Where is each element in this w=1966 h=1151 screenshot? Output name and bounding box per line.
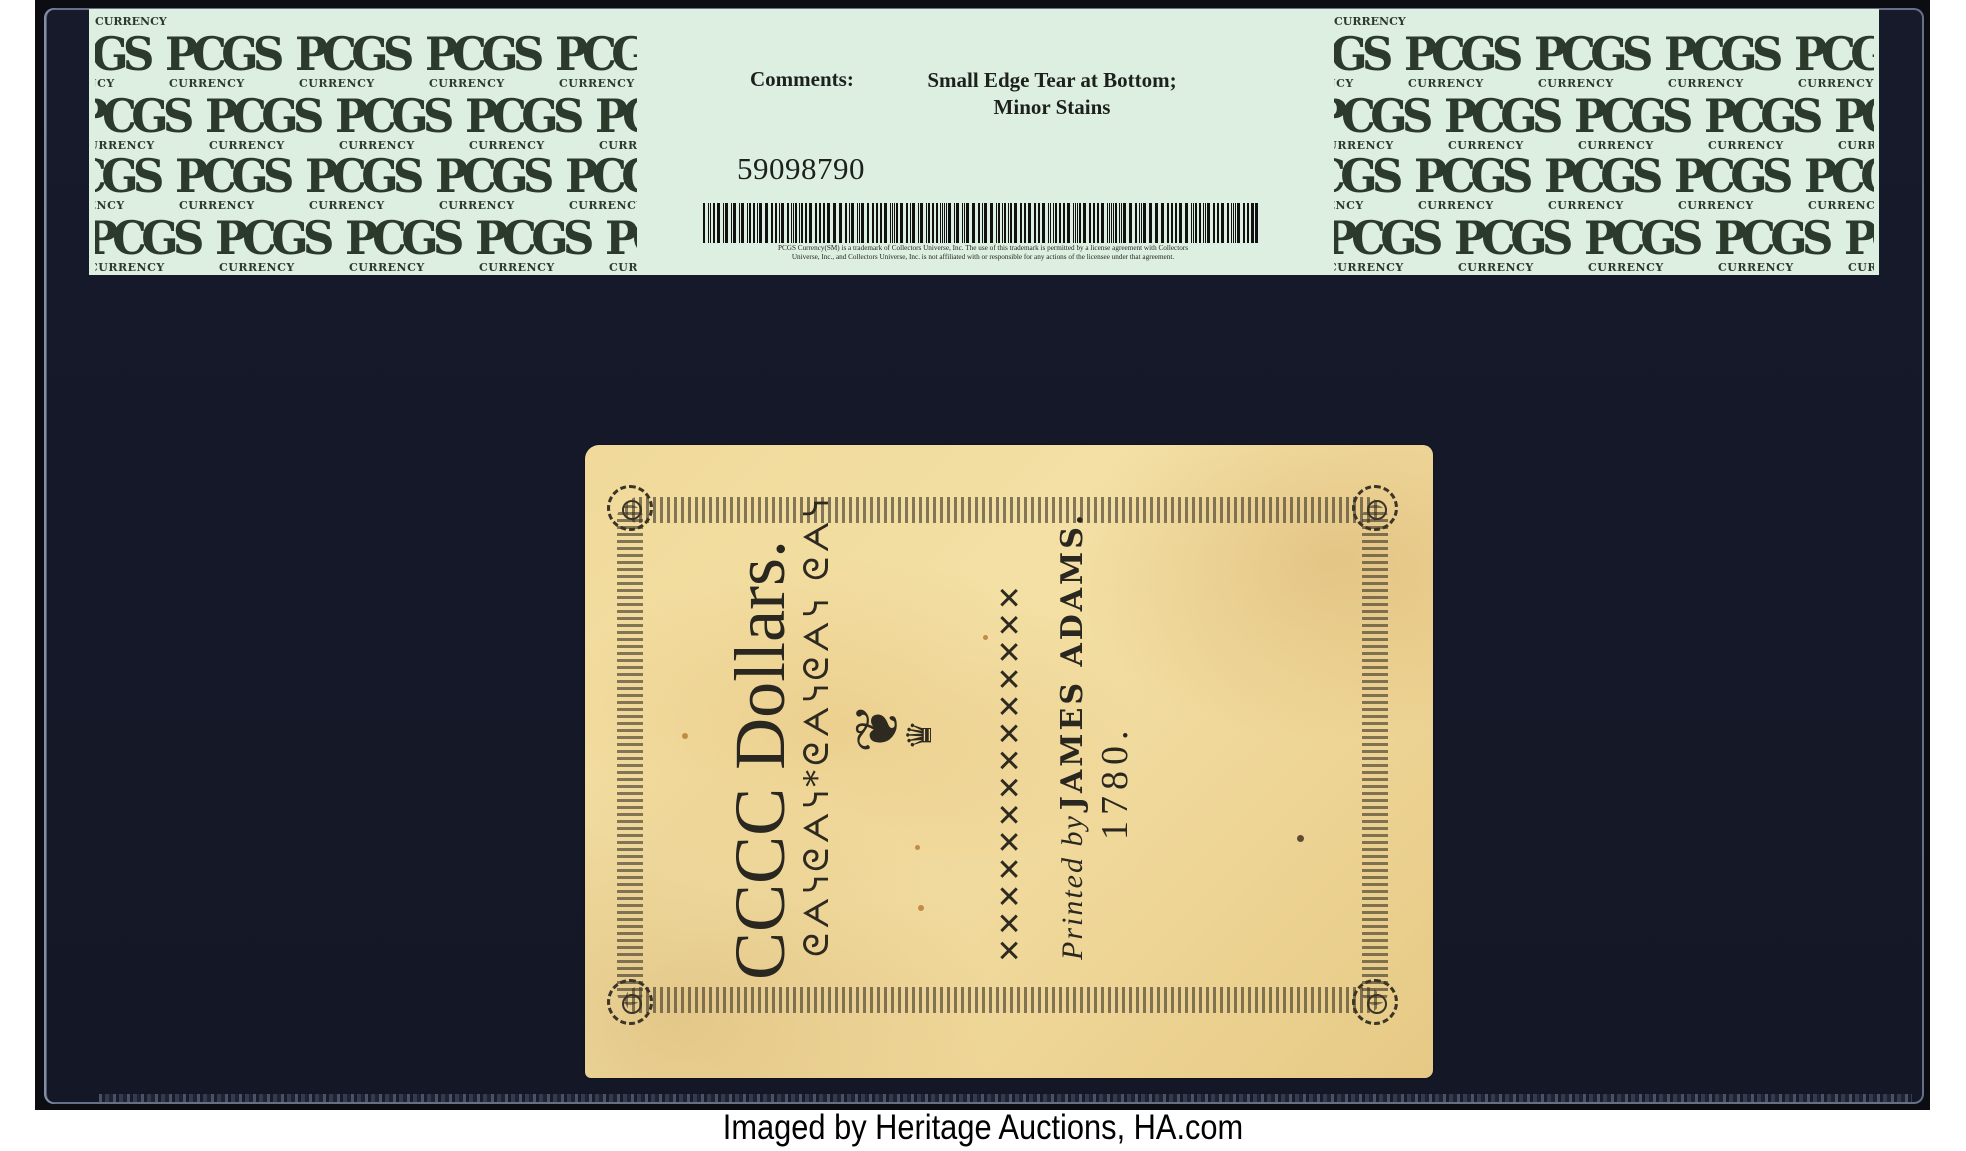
pcgs-logo-icon: PCGSCURRENCY	[1714, 215, 1814, 275]
pattern-row: PCGSCURRENCYPCGSCURRENCYPCGSCURRENCYPCGS…	[1334, 215, 1874, 275]
pcgs-logo-icon: PCGSCURRENCY	[165, 31, 265, 93]
fineprint-line-2: Universe, Inc., and Collectors Universe,…	[697, 253, 1269, 262]
pattern-row: PCGSCURRENCYPCGSCURRENCYPCGSCURRENCYPCGS…	[1334, 31, 1874, 93]
printed-by: Printed by	[1056, 814, 1089, 960]
stain	[915, 845, 920, 850]
pattern-row: PCGSCURRENCYPCGSCURRENCYPCGSCURRENCYPCGS…	[95, 31, 637, 93]
pcgs-logo-icon: PCGSCURRENCY	[1334, 215, 1424, 275]
pcgs-logo-icon: PCGSCURRENCY	[1834, 93, 1874, 155]
pattern-row: PCGSCURRENCYPCGSCURRENCYPCGSCURRENCYPCGS…	[95, 153, 637, 215]
pcgs-logo-icon: PCGSCURRENCY	[335, 93, 435, 155]
currency-note: CCCC Dollars. ᘓᗅᓭᘓᗅᓭ*ᘓᗅᓭᘓᗅᓭ ᘓᗅᓭ ❦ ♛ ✕✕✕✕…	[585, 445, 1433, 1078]
pcgs-logo-icon: PCGSCURRENCY	[595, 93, 637, 155]
pcgs-logo-icon: PCGSCURRENCY	[95, 215, 185, 275]
year: 1780.	[1093, 725, 1137, 841]
pcgs-logo-icon: PCGSCURRENCY	[305, 153, 405, 215]
pcgs-logo-icon: PCGSCURRENCY	[1334, 93, 1414, 155]
pcgs-pattern-right: CURRENCYPCGSCURRENCYPCGSCURRENCYPCGSCURR…	[1334, 9, 1874, 275]
corner-rosette-icon	[607, 979, 653, 1025]
pattern-row: PCGSCURRENCYPCGSCURRENCYPCGSCURRENCYPCGS…	[1334, 93, 1874, 155]
comments-line-1: Small Edge Tear at Bottom;	[867, 67, 1237, 94]
pcgs-logo-icon: PCGSCURRENCY	[345, 215, 445, 275]
holder-edge	[99, 1094, 1912, 1102]
fineprint-line-1: PCGS Currency(SM) is a trademark of Coll…	[697, 244, 1269, 253]
stain	[1297, 835, 1304, 842]
pcgs-logo-icon: PCGSCURRENCY	[435, 153, 535, 215]
pattern-row: PCGSCURRENCYPCGSCURRENCYPCGSCURRENCYPCGS…	[1334, 153, 1874, 215]
pcgs-logo-icon: PCGSCURRENCY	[1844, 215, 1874, 275]
pcgs-logo-icon: PCGSCURRENCY	[1334, 153, 1384, 215]
corner-rosette-icon	[607, 485, 653, 531]
pcgs-logo-icon: PCGSCURRENCY	[1454, 215, 1554, 275]
trademark-fineprint: PCGS Currency(SM) is a trademark of Coll…	[697, 244, 1269, 262]
pcgs-logo-icon: PCGSCURRENCY	[95, 93, 175, 155]
ornament-column-left: ᘓᗅᓭᘓᗅᓭ*ᘓᗅᓭᘓᗅᓭ ᘓᗅᓭ	[797, 496, 837, 957]
pcgs-logo-icon: PCGSCURRENCY	[95, 31, 135, 93]
border-bottom	[625, 987, 1380, 1013]
stain	[682, 733, 688, 739]
stain	[983, 635, 988, 640]
pcgs-logo-icon: PCGSCURRENCY	[1404, 31, 1504, 93]
comments-label: Comments:	[750, 67, 854, 92]
pcgs-logo-icon: PCGSCURRENCY	[605, 215, 637, 275]
pattern-row: PCGSCURRENCYPCGSCURRENCYPCGSCURRENCYPCGS…	[95, 93, 637, 155]
pcgs-logo-icon: PCGSCURRENCY	[95, 153, 145, 215]
pcgs-logo-icon: PCGSCURRENCY	[475, 215, 575, 275]
printer-line: Printed by JAMES ADAMS.	[1055, 512, 1090, 960]
pcgs-logo-icon: PCGSCURRENCY	[1664, 31, 1764, 93]
pcgs-logo-icon: PCGSCURRENCY	[1794, 31, 1874, 93]
corner-rosette-icon	[1352, 979, 1398, 1025]
pcgs-logo-icon: PCGSCURRENCY	[295, 31, 395, 93]
border-right	[1362, 505, 1388, 1005]
border-top	[625, 497, 1380, 523]
corner-rosette-icon	[1352, 485, 1398, 531]
cert-number: 59098790	[737, 151, 865, 187]
pcgs-logo-icon: PCGSCURRENCY	[1534, 31, 1634, 93]
pcgs-logo-icon: PCGSCURRENCY	[1584, 215, 1684, 275]
pcgs-logo-icon: PCGSCURRENCY	[1334, 31, 1374, 93]
barcode	[703, 203, 1263, 243]
pcgs-logo-icon: PCGSCURRENCY	[1444, 93, 1544, 155]
pcgs-logo-icon: PCGSCURRENCY	[1574, 93, 1674, 155]
pcgs-logo-icon: PCGSCURRENCY	[1544, 153, 1644, 215]
pcgs-logo-icon: PCGSCURRENCY	[175, 153, 275, 215]
pcgs-pattern-left: CURRENCYPCGSCURRENCYPCGSCURRENCYPCGSCURR…	[95, 9, 637, 275]
pcgs-logo-icon: PCGSCURRENCY	[1414, 153, 1514, 215]
label-info: Comments: Small Edge Tear at Bottom; Min…	[637, 9, 1334, 275]
pcgs-label: CURRENCYPCGSCURRENCYPCGSCURRENCYPCGSCURR…	[89, 9, 1879, 275]
pattern-row: PCGSCURRENCYPCGSCURRENCYPCGSCURRENCYPCGS…	[95, 215, 637, 275]
pcgs-logo-icon: PCGSCURRENCY	[1804, 153, 1874, 215]
comments-line-2: Minor Stains	[867, 94, 1237, 121]
pcgs-logo-icon: PCGSCURRENCY	[1704, 93, 1804, 155]
pcgs-logo-icon: PCGSCURRENCY	[205, 93, 305, 155]
pcgs-logo-icon: PCGSCURRENCY	[565, 153, 637, 215]
pcgs-logo-icon: PCGSCURRENCY	[215, 215, 315, 275]
comments-value: Small Edge Tear at Bottom; Minor Stains	[867, 67, 1237, 121]
pcgs-logo-icon: PCGSCURRENCY	[425, 31, 525, 93]
stain	[918, 905, 924, 911]
printer-name: JAMES ADAMS.	[1055, 512, 1090, 810]
image-credit: Imaged by Heritage Auctions, HA.com	[118, 1108, 1848, 1148]
ornament-column-right: ✕✕✕✕✕✕✕✕✕✕✕✕✕✕	[993, 583, 1028, 963]
border-left	[617, 505, 643, 1005]
pcgs-logo-icon: PCGSCURRENCY	[465, 93, 565, 155]
denomination: CCCC Dollars.	[719, 540, 802, 980]
pcgs-logo-icon: PCGSCURRENCY	[1674, 153, 1774, 215]
pcgs-logo-icon: PCGSCURRENCY	[555, 31, 637, 93]
crown-icon: ♛	[900, 720, 940, 750]
